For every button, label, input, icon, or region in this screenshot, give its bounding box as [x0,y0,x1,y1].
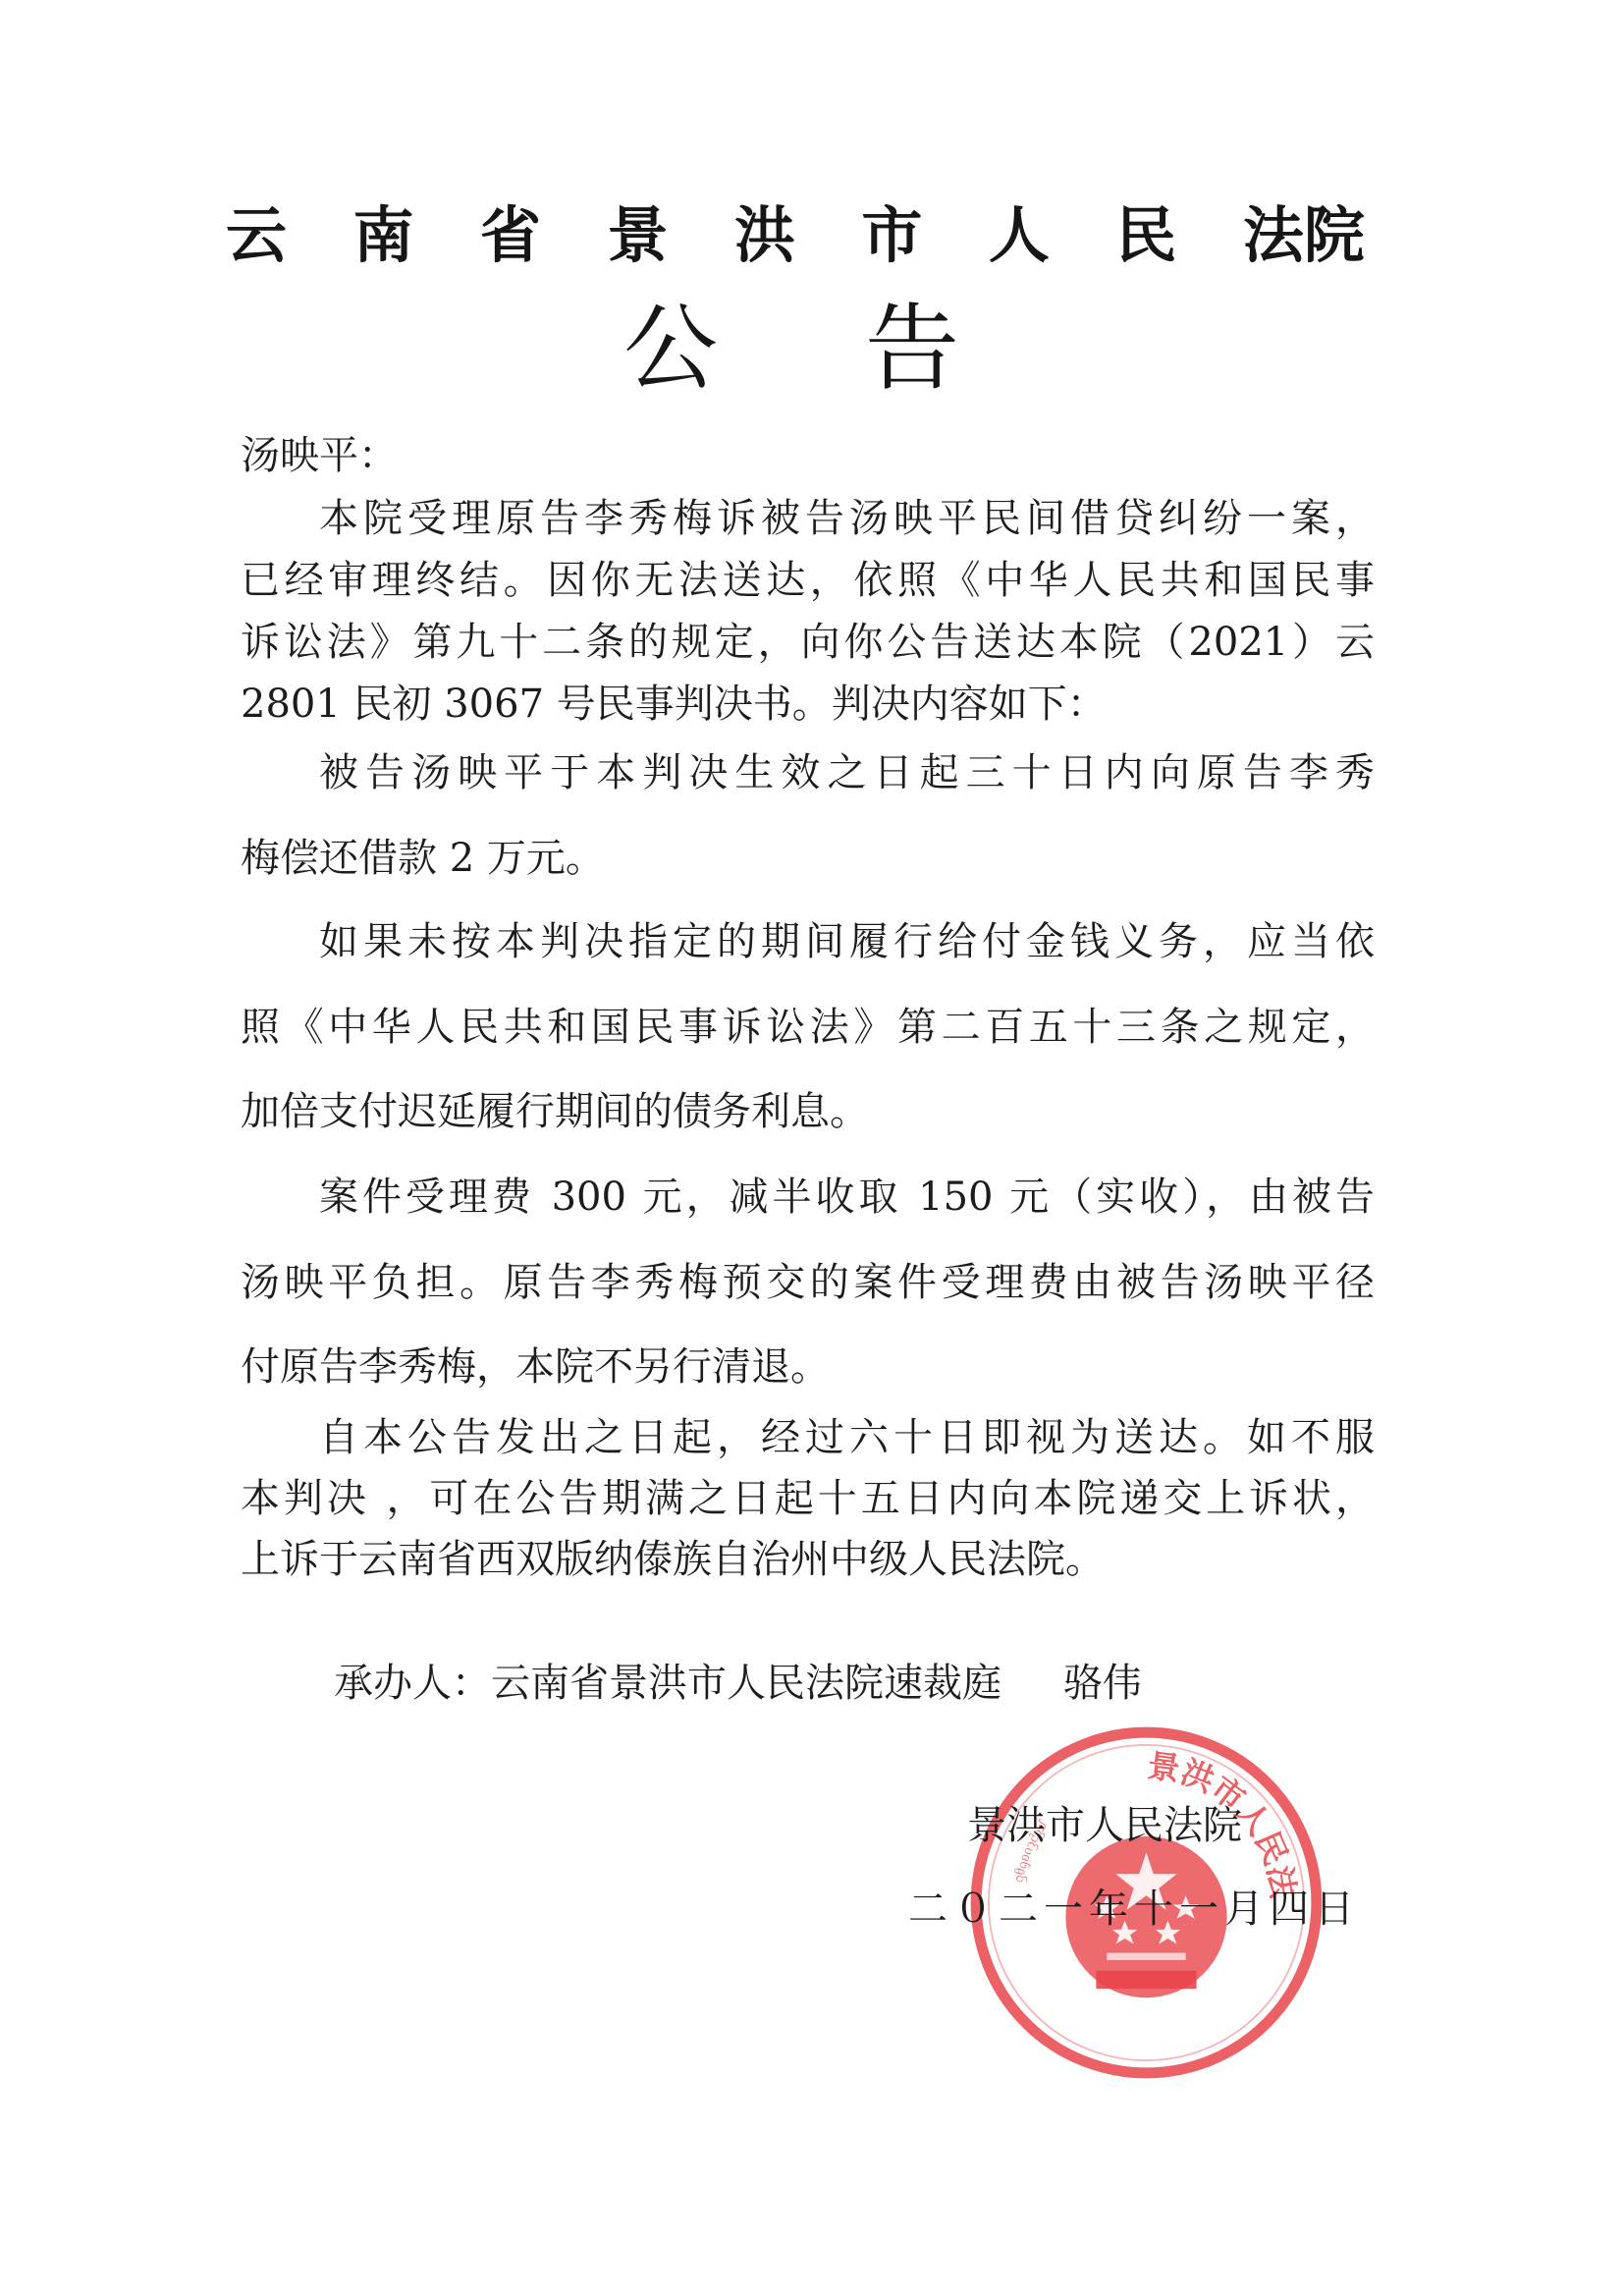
text-line: 汤映平负担。原告李秀梅预交的案件受理费由被告汤映平径 [241,1259,1375,1306]
text-line: 加倍支付迟延履行期间的债务利息。 [241,1088,869,1135]
court-name-char: 云 [226,201,287,270]
court-name-char: 景 [607,201,668,270]
text-line: 本院受理原告李秀梅诉被告汤映平民间借贷纠纷一案， [319,495,1375,542]
court-name-char: 市 [861,201,922,270]
court-name-char: 法院 [1243,201,1365,270]
text-line: 付原告李秀梅，本院不另行清退。 [241,1343,830,1391]
court-name-char: 人 [989,201,1050,270]
signature-date: 二０二一年十一月四日 [908,1886,1360,1933]
court-name-char: 省 [480,201,541,270]
text-line: 被告汤映平于本判决生效之日起三十日内向原告李秀 [319,749,1375,796]
court-name-char: 南 [352,201,413,270]
handler-label: 承办人：云南省景洪市人民法院速裁庭 [334,1661,1001,1706]
court-name-char: 民 [1115,201,1176,270]
handler-line: 承办人：云南省景洪市人民法院速裁庭 骆伟 [334,1660,1142,1707]
signature-court: 景洪市人民法院 [967,1802,1242,1849]
text-line: 诉讼法》第九十二条的规定，向你公告送达本院（2021）云 [241,619,1375,666]
text-line: 照《中华人民共和国民事诉讼法》第二百五十三条之规定， [241,1004,1375,1051]
text-line: 已经审理终结。因你无法送达，依照《中华人民共和国民事 [241,557,1375,604]
text-line: 2801 民初 3067 号民事判决书。判决内容如下： [241,681,1107,728]
text-line: 梅偿还借款 2 万元。 [241,835,605,882]
document-title: 公告 [623,295,1107,403]
text-line: 本判决 ，可在公告期满之日起十五日内向本院递交上诉状， [241,1475,1375,1522]
text-line: 上诉于云南省西双版纳傣族自治州中级人民法院。 [241,1536,1105,1583]
text-line: 案件受理费 300 元，减半收取 150 元（实收），由被告 [319,1174,1375,1221]
text-line: 自本公告发出之日起，经过六十日即视为送达。如不服 [319,1414,1375,1461]
handler-name: 骆伟 [1063,1661,1142,1706]
addressee: 汤映平： [241,432,398,479]
text-line: 如果未按本判决指定的期间履行给付金钱义务，应当依 [319,918,1375,965]
court-name-char: 洪 [734,201,795,270]
court-name-heading: 云 南 省 景 洪 市 人 民 法院 [226,201,1365,270]
